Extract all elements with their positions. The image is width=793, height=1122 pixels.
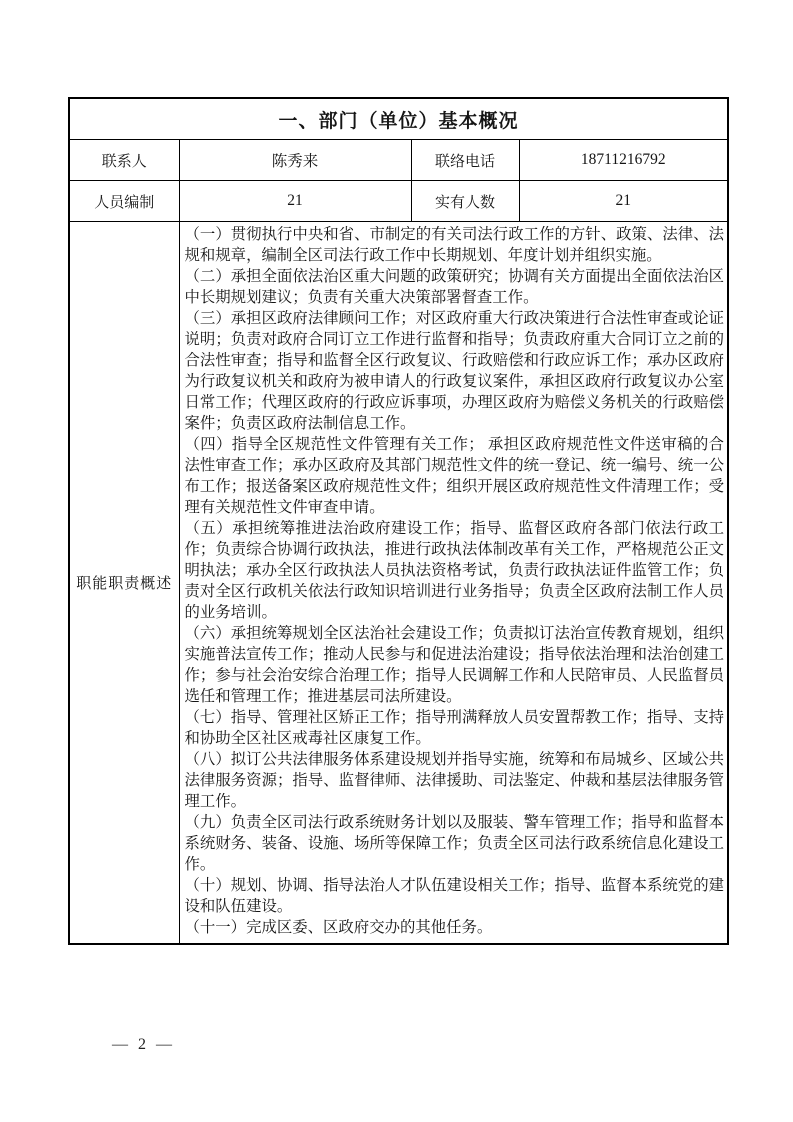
staff-actual-label: 实有人数: [411, 181, 519, 222]
contact-person-label: 联系人: [69, 140, 179, 181]
duty-item: （九）负责全区司法行政系统财务计划以及服装、警车管理工作；指导和监督本系统财务、…: [185, 812, 725, 875]
table-title: 一、部门（单位）基本概况: [69, 98, 728, 140]
duties-label: 职能职责概述: [69, 222, 179, 945]
duty-item: （三）承担区政府法律顾问工作；对区政府重大行政决策进行合法性审查或论证说明；负责…: [185, 308, 725, 434]
contact-phone-label: 联络电话: [411, 140, 519, 181]
staff-quota-label: 人员编制: [69, 181, 179, 222]
document-page: 一、部门（单位）基本概况 联系人 陈秀来 联络电话 18711216792 人员…: [0, 0, 793, 1122]
contact-phone-value: 18711216792: [519, 140, 728, 181]
duty-item: （八）拟订公共法律服务体系建设规划并指导实施，统筹和布局城乡、区域公共法律服务资…: [185, 749, 725, 812]
duty-item: （一）贯彻执行中央和省、市制定的有关司法行政工作的方针、政策、法律、法规和规章，…: [185, 224, 725, 266]
basic-info-table: 一、部门（单位）基本概况 联系人 陈秀来 联络电话 18711216792 人员…: [68, 97, 729, 945]
duty-item: （二）承担全面依法治区重大问题的政策研究；协调有关方面提出全面依法治区中长期规划…: [185, 266, 725, 308]
table-row: 联系人 陈秀来 联络电话 18711216792: [69, 140, 728, 181]
duty-item: （七）指导、管理社区矫正工作；指导刑满释放人员安置帮教工作；指导、支持和协助全区…: [185, 707, 725, 749]
duty-item: （四）指导全区规范性文件管理有关工作； 承担区政府规范性文件送审稿的合法性审查工…: [185, 434, 725, 518]
duty-item: （十一）完成区委、区政府交办的其他任务。: [185, 917, 725, 938]
table-row: 人员编制 21 实有人数 21: [69, 181, 728, 222]
duties-content: （一）贯彻执行中央和省、市制定的有关司法行政工作的方针、政策、法律、法规和规章，…: [179, 222, 728, 945]
duties-row: 职能职责概述 （一）贯彻执行中央和省、市制定的有关司法行政工作的方针、政策、法律…: [69, 222, 728, 945]
duty-item: （五）承担统筹推进法治政府建设工作；指导、监督区政府各部门依法行政工作；负责综合…: [185, 518, 725, 623]
staff-quota-value: 21: [179, 181, 411, 222]
page-number: — 2 —: [112, 1036, 175, 1054]
table-title-row: 一、部门（单位）基本概况: [69, 98, 728, 140]
contact-person-value: 陈秀来: [179, 140, 411, 181]
duty-item: （六）承担统筹规划全区法治社会建设工作；负责拟订法治宣传教育规划，组织实施普法宣…: [185, 623, 725, 707]
duty-item: （十）规划、协调、指导法治人才队伍建设相关工作；指导、监督本系统党的建设和队伍建…: [185, 875, 725, 917]
staff-actual-value: 21: [519, 181, 728, 222]
